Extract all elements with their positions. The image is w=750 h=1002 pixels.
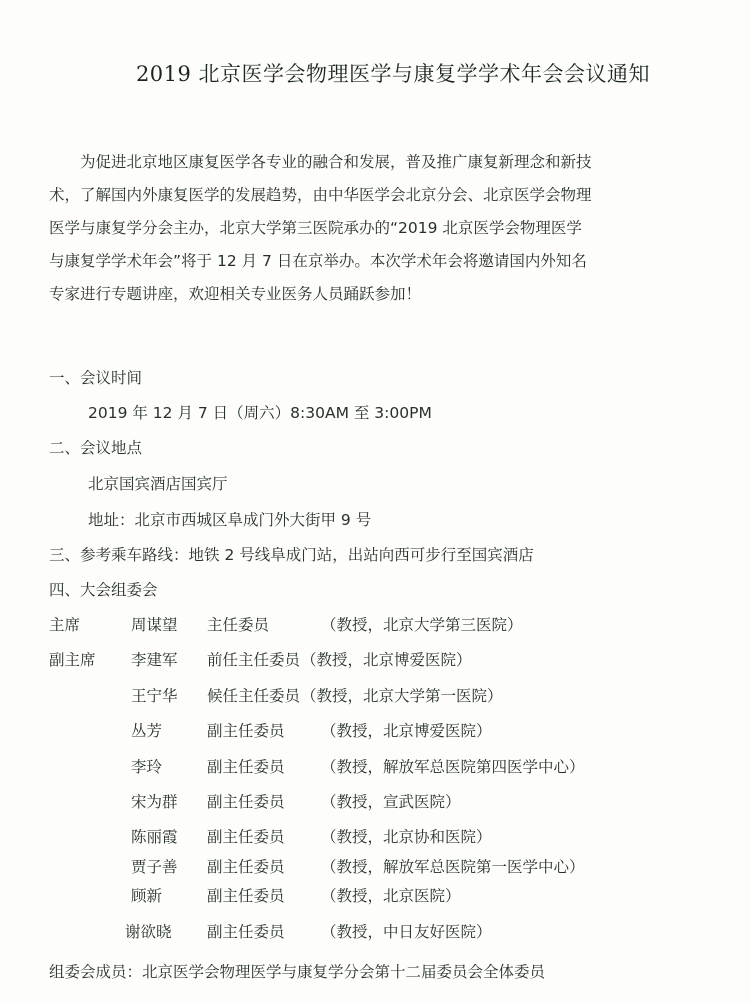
committee-row: 贾子善 副主任委员 （教授，解放军总医院第一医学中心） [49,855,729,879]
section-heading-route: 三、参考乘车路线： [49,546,189,564]
route-description: 地铁 2 号线阜成门站，出站向西可步行至国宾酒店 [189,546,534,564]
committee-row: 宋为群 副主任委员 （教授，宣武医院） [49,790,729,814]
member-role: 主席 [49,613,80,635]
member-affiliation: （教授，北京大学第一医院） [301,684,503,706]
member-post: 候任主任委员 [207,684,300,706]
section-heading-venue: 二、会议地点 [49,436,142,458]
intro-line: 为促进北京地区康复医学各专业的融合和发展，普及推广康复新理念和新技 [49,146,689,179]
venue-name: 北京国宾酒店国宾厅 [88,472,228,494]
member-post: 副主任委员 [207,755,285,777]
intro-paragraph: 为促进北京地区康复医学各专业的融合和发展，普及推广康复新理念和新技 术，了解国内… [49,146,689,311]
section-heading-time: 一、会议时间 [49,366,142,388]
intro-line: 专家进行专题讲座，欢迎相关专业医务人员踊跃参加！ [49,278,689,311]
member-affiliation: （教授，北京大学第三医院） [321,613,523,635]
document-title: 2019 北京医学会物理医学与康复学学术年会会议通知 [0,58,750,88]
member-role: 副主席 [49,648,96,670]
member-name: 宋为群 [131,790,178,812]
member-affiliation: （教授，解放军总医院第四医学中心） [321,755,585,777]
committee-row: 李玲 副主任委员 （教授，解放军总医院第四医学中心） [49,755,729,779]
committee-row: 陈丽霞 副主任委员 （教授，北京协和医院） [49,825,729,849]
section-route: 三、参考乘车路线：地铁 2 号线阜成门站，出站向西可步行至国宾酒店 [49,543,534,565]
member-post: 前任主任委员 [207,648,300,670]
member-affiliation: （教授，北京博爱医院） [301,648,472,670]
venue-address: 地址：北京市西城区阜成门外大街甲 9 号 [88,508,371,530]
member-post: 主任委员 [207,613,269,635]
member-name: 周谋望 [131,613,178,635]
document-page: 2019 北京医学会物理医学与康复学学术年会会议通知 为促进北京地区康复医学各专… [0,0,750,1002]
member-name: 陈丽霞 [131,825,178,847]
member-name: 谢欲晓 [125,920,172,942]
intro-line: 医学与康复学分会主办，北京大学第三医院承办的“2019 北京医学会物理医学 [49,212,689,245]
member-name: 顾新 [131,884,162,906]
committee-row: 王宁华 候任主任委员 （教授，北京大学第一医院） [49,684,729,708]
member-post: 副主任委员 [207,790,285,812]
member-post: 副主任委员 [207,920,285,942]
member-post: 副主任委员 [207,884,285,906]
member-affiliation: （教授，北京博爱医院） [321,719,492,741]
committee-members-note: 组委会成员：北京医学会物理医学与康复学分会第十二届委员会全体委员 [49,960,545,982]
member-affiliation: （教授，解放军总医院第一医学中心） [321,855,585,877]
member-name: 李玲 [131,755,162,777]
member-post: 副主任委员 [207,855,285,877]
intro-line: 术，了解国内外康复医学的发展趋势，由中华医学会北京分会、北京医学会物理 [49,179,689,212]
committee-row: 谢欲晓 副主任委员 （教授，中日友好医院） [49,920,729,944]
member-name: 贾子善 [131,855,178,877]
section-heading-committee: 四、大会组委会 [49,578,158,600]
member-affiliation: （教授，中日友好医院） [321,920,492,942]
committee-row: 主席 周谋望 主任委员 （教授，北京大学第三医院） [49,613,729,637]
committee-row: 顾新 副主任委员 （教授，北京医院） [49,884,729,908]
member-post: 副主任委员 [207,719,285,741]
member-affiliation: （教授，北京协和医院） [321,825,492,847]
member-name: 王宁华 [131,684,178,706]
member-name: 李建军 [131,648,178,670]
committee-row: 副主席 李建军 前任主任委员 （教授，北京博爱医院） [49,648,729,672]
meeting-time: 2019 年 12 月 7 日（周六）8:30AM 至 3:00PM [88,401,432,423]
committee-row: 丛芳 副主任委员 （教授，北京博爱医院） [49,719,729,743]
member-post: 副主任委员 [207,825,285,847]
member-name: 丛芳 [131,719,162,741]
member-affiliation: （教授，北京医院） [321,884,461,906]
member-affiliation: （教授，宣武医院） [321,790,461,812]
intro-line: 与康复学学术年会”将于 12 月 7 日在京举办。本次学术年会将邀请国内外知名 [49,245,689,278]
